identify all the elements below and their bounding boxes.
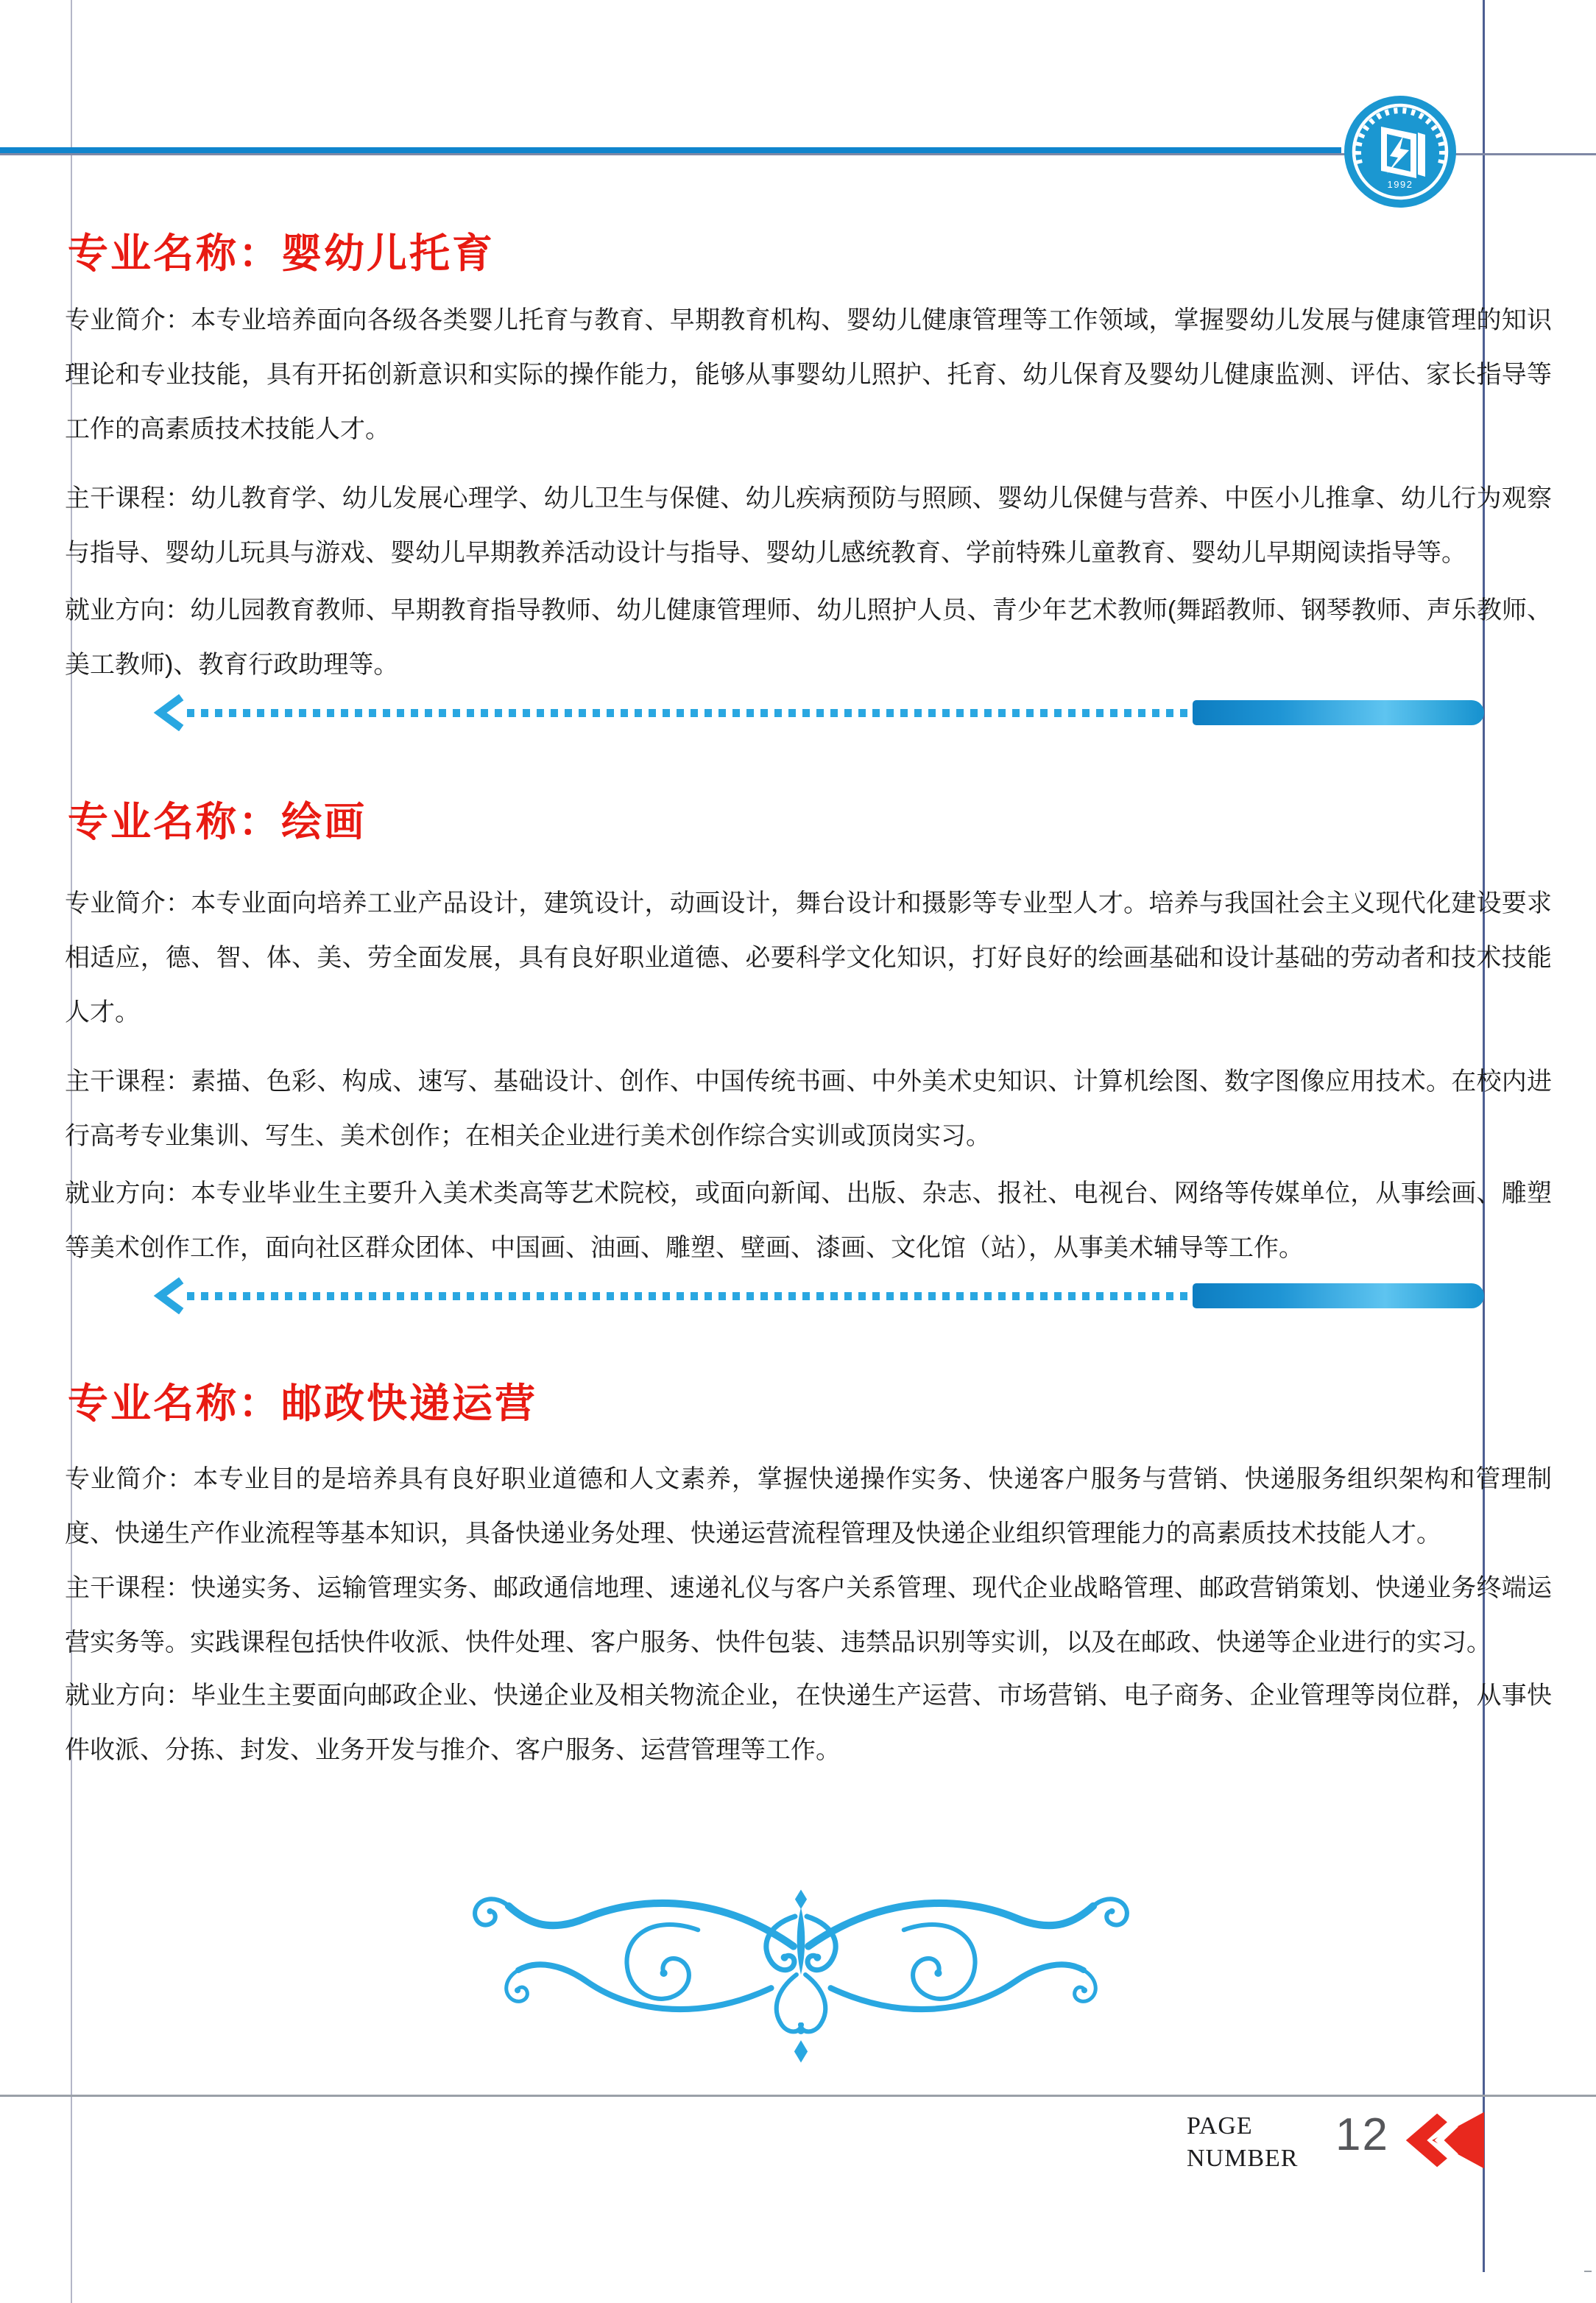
major3-title: 专业名称：邮政快递运营 — [68, 1371, 951, 1429]
major3-intro: 专业简介：本专业目的是培养具有良好职业道德和人文素养，掌握快递操作实务、快递客户… — [65, 1452, 1552, 1561]
major2-intro: 专业简介：本专业面向培养工业产品设计，建筑设计，动画设计，舞台设计和摄影等专业型… — [65, 876, 1552, 1040]
dotted-line — [187, 1292, 1188, 1300]
page-number: 12 — [1335, 2109, 1389, 2161]
logo-emblem — [1381, 127, 1425, 178]
major3-courses: 主干课程：快递实务、运输管理实务、邮政通信地理、速递礼仪与客户关系管理、现代企业… — [65, 1561, 1552, 1670]
flourish-ornament — [458, 1876, 1144, 2073]
major3-jobs: 就业方向：毕业生主要面向邮政企业、快递企业及相关物流企业，在快递生产运营、市场营… — [65, 1668, 1552, 1777]
dotted-line — [187, 709, 1188, 717]
footer-rule-line — [0, 2095, 1596, 2097]
gradient-bar — [1193, 1283, 1484, 1308]
brochure-page: 1992 专业名称：婴幼儿托育 专业简介：本专业培养面向各级各类婴儿托育与教育、… — [0, 0, 1596, 2303]
major2-jobs: 就业方向：本专业毕业生主要升入美术类高等艺术院校，或面向新闻、出版、杂志、报社、… — [65, 1166, 1552, 1275]
major1-title: 专业名称：婴幼儿托育 — [68, 221, 951, 279]
footer-label-line2: NUMBER — [1187, 2145, 1298, 2172]
gradient-bar — [1193, 700, 1484, 725]
section-divider-2 — [153, 1280, 1484, 1312]
major1-intro: 专业简介：本专业培养面向各级各类婴儿托育与教育、早期教育机构、婴幼儿健康管理等工… — [65, 293, 1552, 456]
footer-label-line1: PAGE — [1187, 2112, 1253, 2140]
section-divider-1 — [153, 696, 1484, 729]
major2-courses: 主干课程：素描、色彩、构成、速写、基础设计、创作、中国传统书画、中外美术史知识、… — [65, 1054, 1552, 1163]
left-arrow-icon — [153, 1277, 186, 1314]
crop-mark — [1584, 2271, 1592, 2272]
logo-year: 1992 — [1388, 179, 1413, 190]
red-double-chevron-icon — [1399, 2110, 1486, 2170]
school-logo: 1992 — [1344, 96, 1456, 208]
major1-jobs: 就业方向：幼儿园教育教师、早期教育指导教师、幼儿健康管理师、幼儿照护人员、青少年… — [65, 583, 1552, 692]
major1-courses: 主干课程：幼儿教育学、幼儿发展心理学、幼儿卫生与保健、幼儿疾病预防与照顾、婴幼儿… — [65, 471, 1552, 580]
footer-page-label: PAGE NUMBER — [1187, 2110, 1298, 2175]
major2-title: 专业名称：绘画 — [68, 789, 951, 847]
left-arrow-icon — [153, 694, 186, 731]
